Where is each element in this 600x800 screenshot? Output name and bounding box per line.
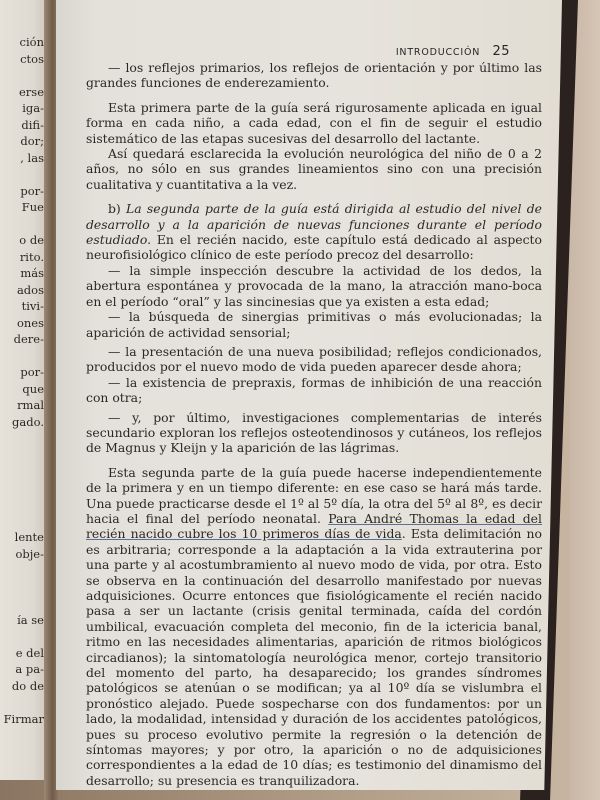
running-title: INTRODUCCIÓN	[396, 47, 480, 58]
left-page-text: ción ctos erse iga- difi- dor; , las por…	[4, 34, 44, 727]
left-line: por-	[4, 183, 44, 200]
left-line: Firmar	[4, 711, 44, 728]
left-line: tivi-	[4, 298, 44, 315]
left-line	[4, 348, 44, 365]
left-line: más	[4, 265, 44, 282]
left-line	[4, 562, 44, 579]
list-item: — la búsqueda de sinergias primitivas o …	[86, 309, 542, 340]
left-line	[4, 216, 44, 233]
left-line: obje-	[4, 546, 44, 563]
left-line: iga-	[4, 100, 44, 117]
left-line	[4, 67, 44, 84]
book-gutter	[44, 0, 58, 800]
left-line: que	[4, 381, 44, 398]
list-item: — y, por último, investigaciones complem…	[86, 410, 542, 456]
left-line: ción	[4, 34, 44, 51]
left-page: ción ctos erse iga- difi- dor; , las por…	[0, 0, 47, 780]
left-line	[4, 694, 44, 711]
left-line: ctos	[4, 51, 44, 68]
list-item: — la presentación de una nueva posibilid…	[86, 344, 542, 375]
left-line: do de	[4, 678, 44, 695]
left-line	[4, 579, 44, 596]
left-line	[4, 628, 44, 645]
left-line	[4, 595, 44, 612]
list-item: — la simple inspección descubre la activ…	[86, 263, 542, 309]
left-line	[4, 480, 44, 497]
left-line: gado.	[4, 414, 44, 431]
page-body: — los reflejos primarios, los reflejos d…	[86, 60, 542, 788]
table-surface-right	[570, 0, 600, 800]
left-line: o de	[4, 232, 44, 249]
left-line	[4, 447, 44, 464]
left-line: ados	[4, 282, 44, 299]
left-line: a pa-	[4, 661, 44, 678]
paragraph-text: . Esta delimitación no es arbitraria; co…	[86, 526, 542, 788]
paragraph: Esta segunda parte de la guía puede hace…	[86, 465, 542, 789]
list-item: — la existencia de prepraxis, formas de …	[86, 375, 542, 406]
left-line: , las	[4, 150, 44, 167]
left-line: dere-	[4, 331, 44, 348]
left-line: ones	[4, 315, 44, 332]
left-line: difi-	[4, 117, 44, 134]
left-line: por-	[4, 364, 44, 381]
paragraph: — los reflejos primarios, los reflejos d…	[86, 60, 542, 91]
paragraph-b: b) La segunda parte de la guía está diri…	[86, 201, 542, 263]
running-header: INTRODUCCIÓN 25	[396, 44, 510, 59]
left-line	[4, 463, 44, 480]
left-line	[4, 430, 44, 447]
paragraph: Así quedará esclarecida la evolución neu…	[86, 146, 542, 192]
left-line: dor;	[4, 133, 44, 150]
paragraph: Esta primera parte de la guía será rigur…	[86, 100, 542, 146]
left-line	[4, 166, 44, 183]
left-line: rmal	[4, 397, 44, 414]
left-line: e del	[4, 645, 44, 662]
left-line: lente	[4, 529, 44, 546]
left-line: ía se	[4, 612, 44, 629]
list-marker: b)	[108, 201, 126, 216]
left-line: Fue	[4, 199, 44, 216]
right-page: INTRODUCCIÓN 25 — los reflejos primarios…	[56, 0, 562, 790]
left-line	[4, 513, 44, 530]
left-line	[4, 496, 44, 513]
page-number: 25	[492, 44, 510, 59]
left-line: rito.	[4, 249, 44, 266]
paragraph-text: En el recién nacido, este capítulo está …	[86, 232, 542, 262]
left-line: erse	[4, 84, 44, 101]
